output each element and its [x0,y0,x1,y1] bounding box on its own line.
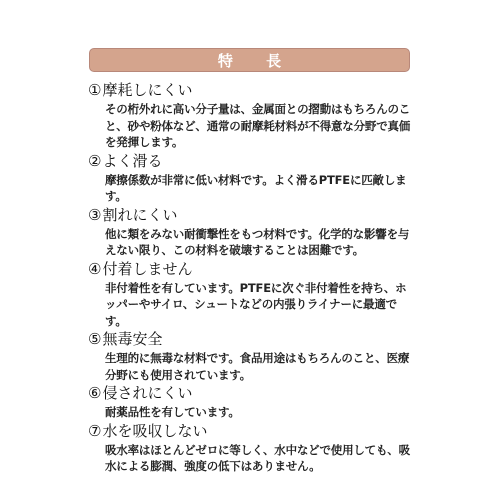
feature-item-6: ⑥侵されにくい 耐薬品性を有しています。 [88,383,418,421]
feature-number: ⑥ [88,383,101,404]
feature-description: 耐薬品性を有しています。 [105,404,415,421]
feature-title: 無毒安全 [102,330,162,348]
feature-description: 他に類をみない耐衝撃性をもつ材料です。化学的な影響を与えない限り、この材料を破壊… [105,226,415,259]
section-title: 特 長 [204,50,295,71]
feature-description: 吸水率はほとんどゼロに等しく、水中などで使用しても、吸水による膨潤、強度の低下は… [105,442,415,475]
feature-description: その桁外れに高い分子量は、金属面との摺動はもちろんのこと、砂や粉体など、通常の耐… [105,101,415,151]
feature-heading: ②よく滑る [88,151,418,172]
feature-title: 割れにくい [102,206,177,224]
feature-heading: ⑥侵されにくい [88,383,418,404]
feature-number: ⑤ [88,329,101,350]
feature-number: ⑦ [88,421,101,442]
feature-heading: ④付着しません [88,259,418,280]
feature-heading: ③割れにくい [88,205,418,226]
feature-item-5: ⑤無毒安全 生理的に無毒な材料です。食品用途はもちろんのこと、医療分野にも使用さ… [88,329,418,383]
feature-title: よく滑る [102,152,162,170]
feature-description: 非付着性を有しています。PTFEに次ぐ非付着性を持ち、ホッパーやサイロ、シュート… [105,280,415,330]
feature-item-3: ③割れにくい 他に類をみない耐衝撃性をもつ材料です。化学的な影響を与えない限り、… [88,205,418,259]
feature-heading: ⑤無毒安全 [88,329,418,350]
section-header-bar: 特 長 [89,48,410,72]
feature-number: ② [88,151,101,172]
feature-item-1: ①摩耗しにくい その桁外れに高い分子量は、金属面との摺動はもちろんのこと、砂や粉… [88,80,418,151]
feature-description: 摩擦係数が非常に低い材料です。よく滑るPTFEに匹敵します。 [105,172,415,205]
feature-heading: ⑦水を吸収しない [88,421,418,442]
feature-title: 摩耗しにくい [102,81,192,99]
feature-list: ①摩耗しにくい その桁外れに高い分子量は、金属面との摺動はもちろんのこと、砂や粉… [88,80,418,475]
feature-description: 生理的に無毒な材料です。食品用途はもちろんのこと、医療分野にも使用されています。 [105,350,415,383]
feature-number: ③ [88,205,101,226]
feature-item-2: ②よく滑る 摩擦係数が非常に低い材料です。よく滑るPTFEに匹敵します。 [88,151,418,205]
feature-title: 侵されにくい [102,384,192,402]
feature-title: 水を吸収しない [102,422,207,440]
feature-item-4: ④付着しません 非付着性を有しています。PTFEに次ぐ非付着性を持ち、ホッパーや… [88,259,418,330]
feature-number: ④ [88,259,101,280]
feature-item-7: ⑦水を吸収しない 吸水率はほとんどゼロに等しく、水中などで使用しても、吸水による… [88,421,418,475]
feature-heading: ①摩耗しにくい [88,80,418,101]
feature-title: 付着しません [102,260,192,278]
feature-number: ① [88,80,101,101]
